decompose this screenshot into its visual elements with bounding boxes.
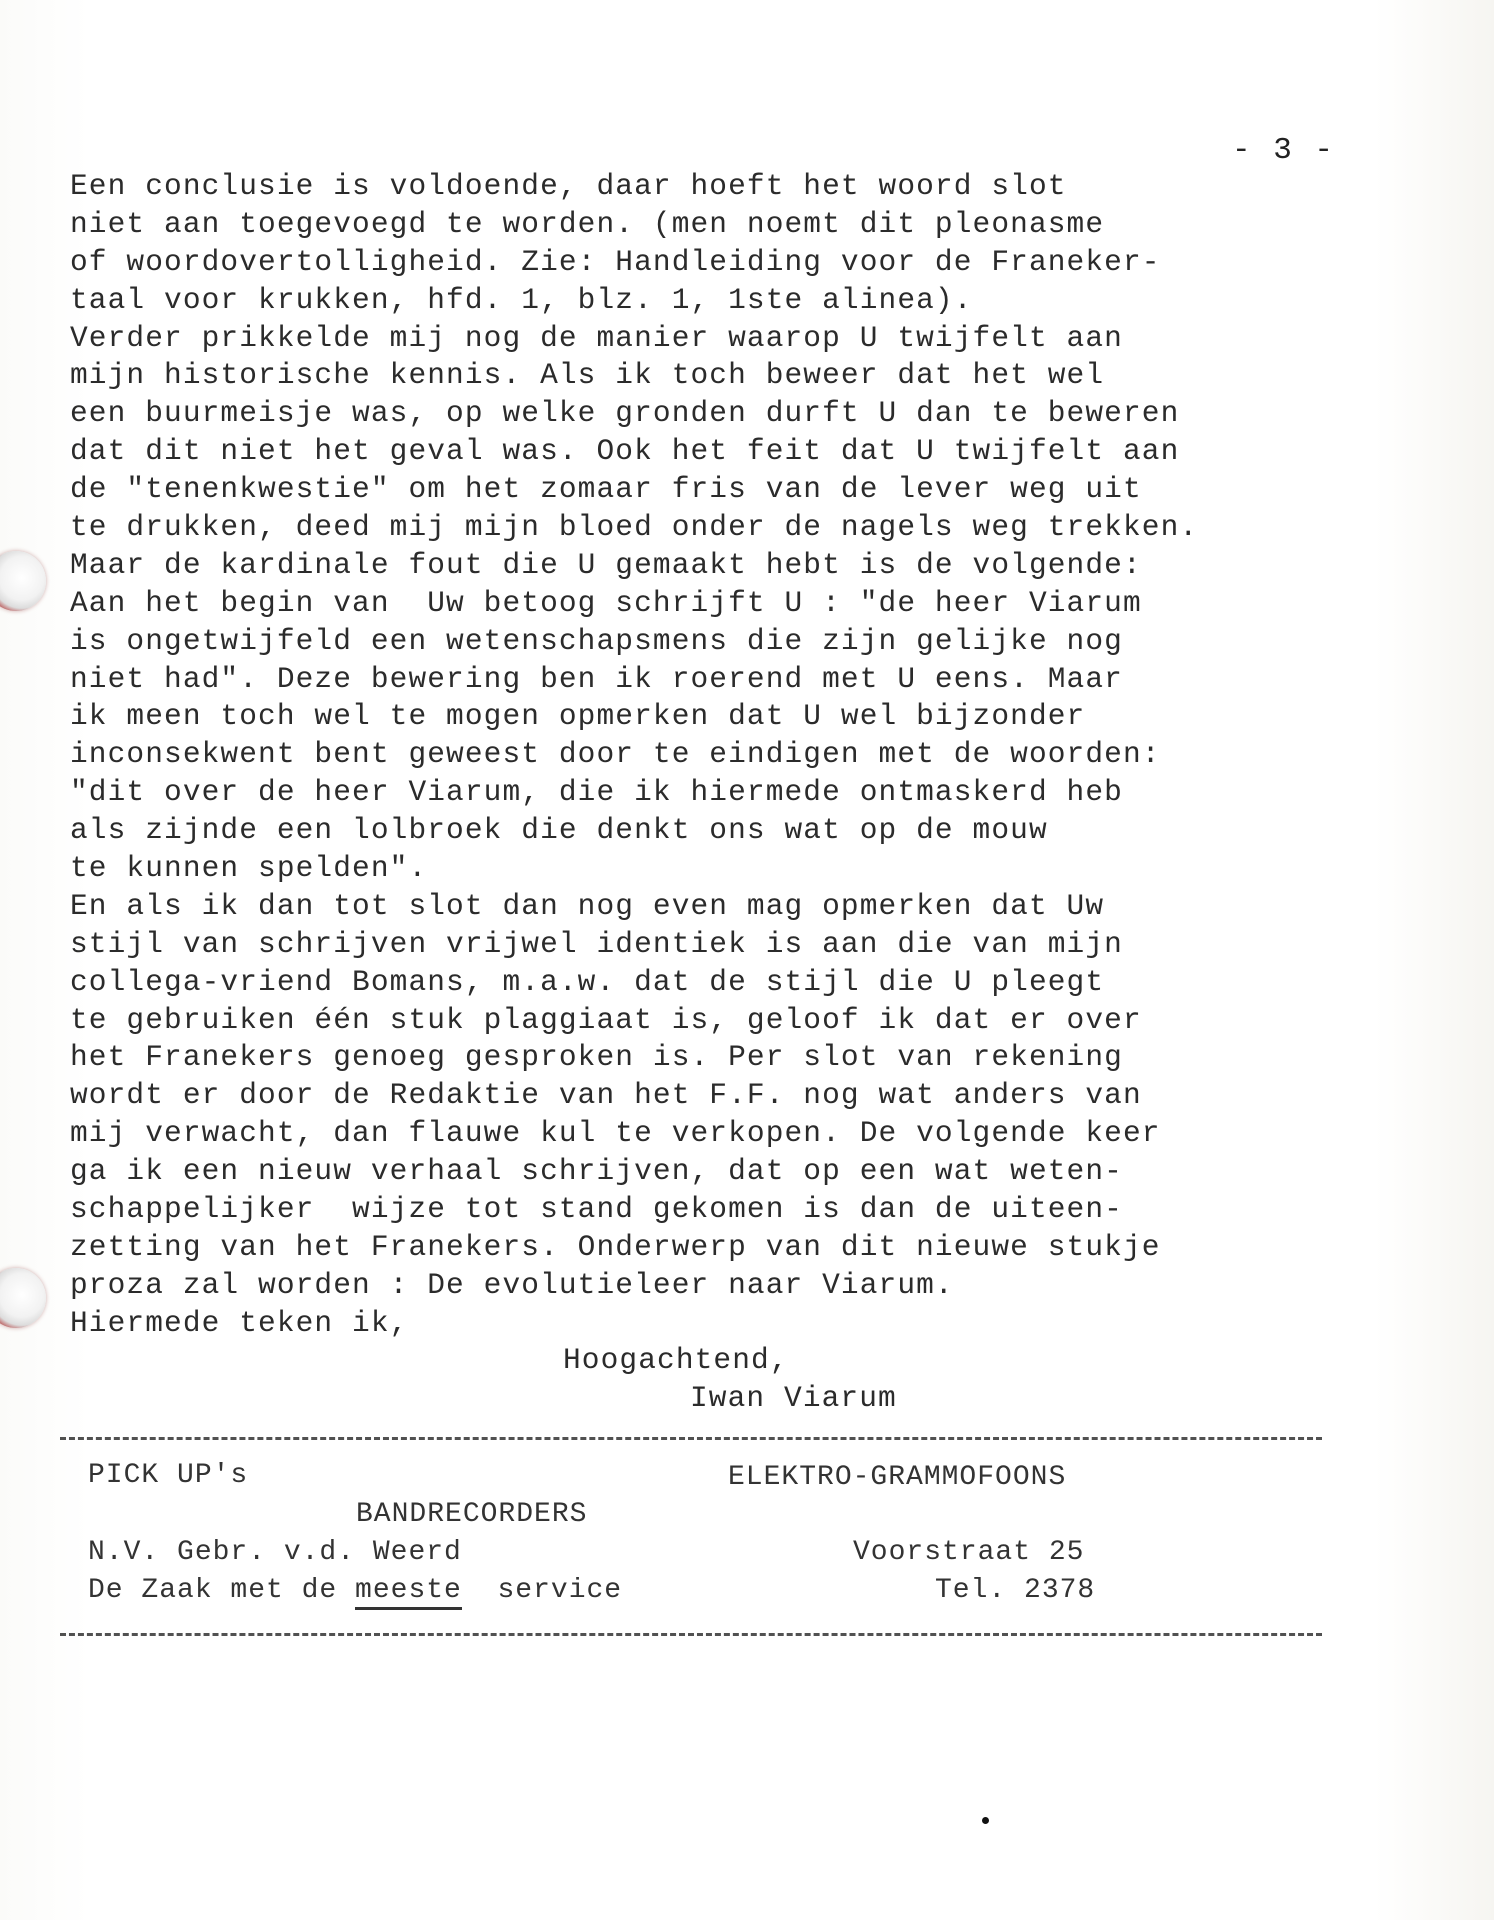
signature: Iwan Viarum (690, 1381, 897, 1415)
letter-line: niet had". Deze bewering ben ik roerend … (70, 661, 1390, 699)
ad-pickups: PICK UP's (88, 1460, 248, 1491)
letter-line: te gebruiken één stuk plaggiaat is, gelo… (70, 1002, 1390, 1040)
letter-line: "dit over de heer Viarum, die ik hiermed… (70, 774, 1390, 812)
ad-company-name: N.V. Gebr. v.d. Weerd (88, 1537, 462, 1568)
scanned-page: - 3 - Een conclusie is voldoende, daar h… (0, 0, 1494, 1920)
letter-line: inconsekwent bent geweest door te eindig… (70, 736, 1390, 774)
letter-line: de "tenenkwestie" om het zomaar fris van… (70, 471, 1390, 509)
letter-line: taal voor krukken, hfd. 1, blz. 1, 1ste … (70, 282, 1390, 320)
letter-line: te kunnen spelden". (70, 850, 1390, 888)
letter-line: een buurmeisje was, op welke gronden dur… (70, 395, 1390, 433)
ad-slogan-end: service (462, 1575, 622, 1606)
letter-body: Een conclusie is voldoende, daar hoeft h… (70, 168, 1390, 1343)
ad-slogan: De Zaak met de meeste service (88, 1575, 622, 1606)
letter-line: proza zal worden : De evolutieleer naar … (70, 1267, 1390, 1305)
letter-line: En als ik dan tot slot dan nog even mag … (70, 888, 1390, 926)
ad-slogan-emphasis: meeste (355, 1575, 462, 1610)
divider-top (60, 1437, 1322, 1440)
letter-line: Verder prikkelde mij nog de manier waaro… (70, 320, 1390, 358)
letter-line: ga ik een nieuw verhaal schrijven, dat o… (70, 1153, 1390, 1191)
letter-line: niet aan toegevoegd te worden. (men noem… (70, 206, 1390, 244)
ad-address: Voorstraat 25 (853, 1537, 1084, 1568)
divider-bottom (60, 1633, 1322, 1636)
letter-line: zetting van het Franekers. Onderwerp van… (70, 1229, 1390, 1267)
closing-greeting: Hoogachtend, (563, 1343, 789, 1377)
letter-line: of woordovertolligheid. Zie: Handleiding… (70, 244, 1390, 282)
ad-phone: Tel. 2378 (935, 1575, 1095, 1606)
letter-line: schappelijker wijze tot stand gekomen is… (70, 1191, 1390, 1229)
letter-line: wordt er door de Redaktie van het F.F. n… (70, 1077, 1390, 1115)
ad-slogan-start: De Zaak met de (88, 1575, 355, 1606)
ad-bandrecorders: BANDRECORDERS (356, 1499, 587, 1530)
letter-line: Een conclusie is voldoende, daar hoeft h… (70, 168, 1390, 206)
page-number: - 3 - (1232, 133, 1335, 168)
letter-line: mijn historische kennis. Als ik toch bew… (70, 357, 1390, 395)
letter-line: Hiermede teken ik, (70, 1305, 1390, 1343)
ink-speck (982, 1817, 989, 1824)
letter-line: collega-vriend Bomans, m.a.w. dat de sti… (70, 964, 1390, 1002)
letter-line: als zijnde een lolbroek die denkt ons wa… (70, 812, 1390, 850)
letter-line: te drukken, deed mij mijn bloed onder de… (70, 509, 1390, 547)
letter-line: stijl van schrijven vrijwel identiek is … (70, 926, 1390, 964)
letter-line: Aan het begin van Uw betoog schrijft U :… (70, 585, 1390, 623)
punch-hole-lower (0, 1268, 46, 1328)
letter-line: ik meen toch wel te mogen opmerken dat U… (70, 698, 1390, 736)
letter-line: het Franekers genoeg gesproken is. Per s… (70, 1039, 1390, 1077)
letter-line: dat dit niet het geval was. Ook het feit… (70, 433, 1390, 471)
ad-grammofoons: ELEKTRO-GRAMMOFOONS (728, 1462, 1066, 1493)
punch-hole-upper (0, 551, 46, 611)
letter-line: is ongetwijfeld een wetenschapsmens die … (70, 623, 1390, 661)
letter-line: Maar de kardinale fout die U gemaakt heb… (70, 547, 1390, 585)
letter-line: mij verwacht, dan flauwe kul te verkopen… (70, 1115, 1390, 1153)
